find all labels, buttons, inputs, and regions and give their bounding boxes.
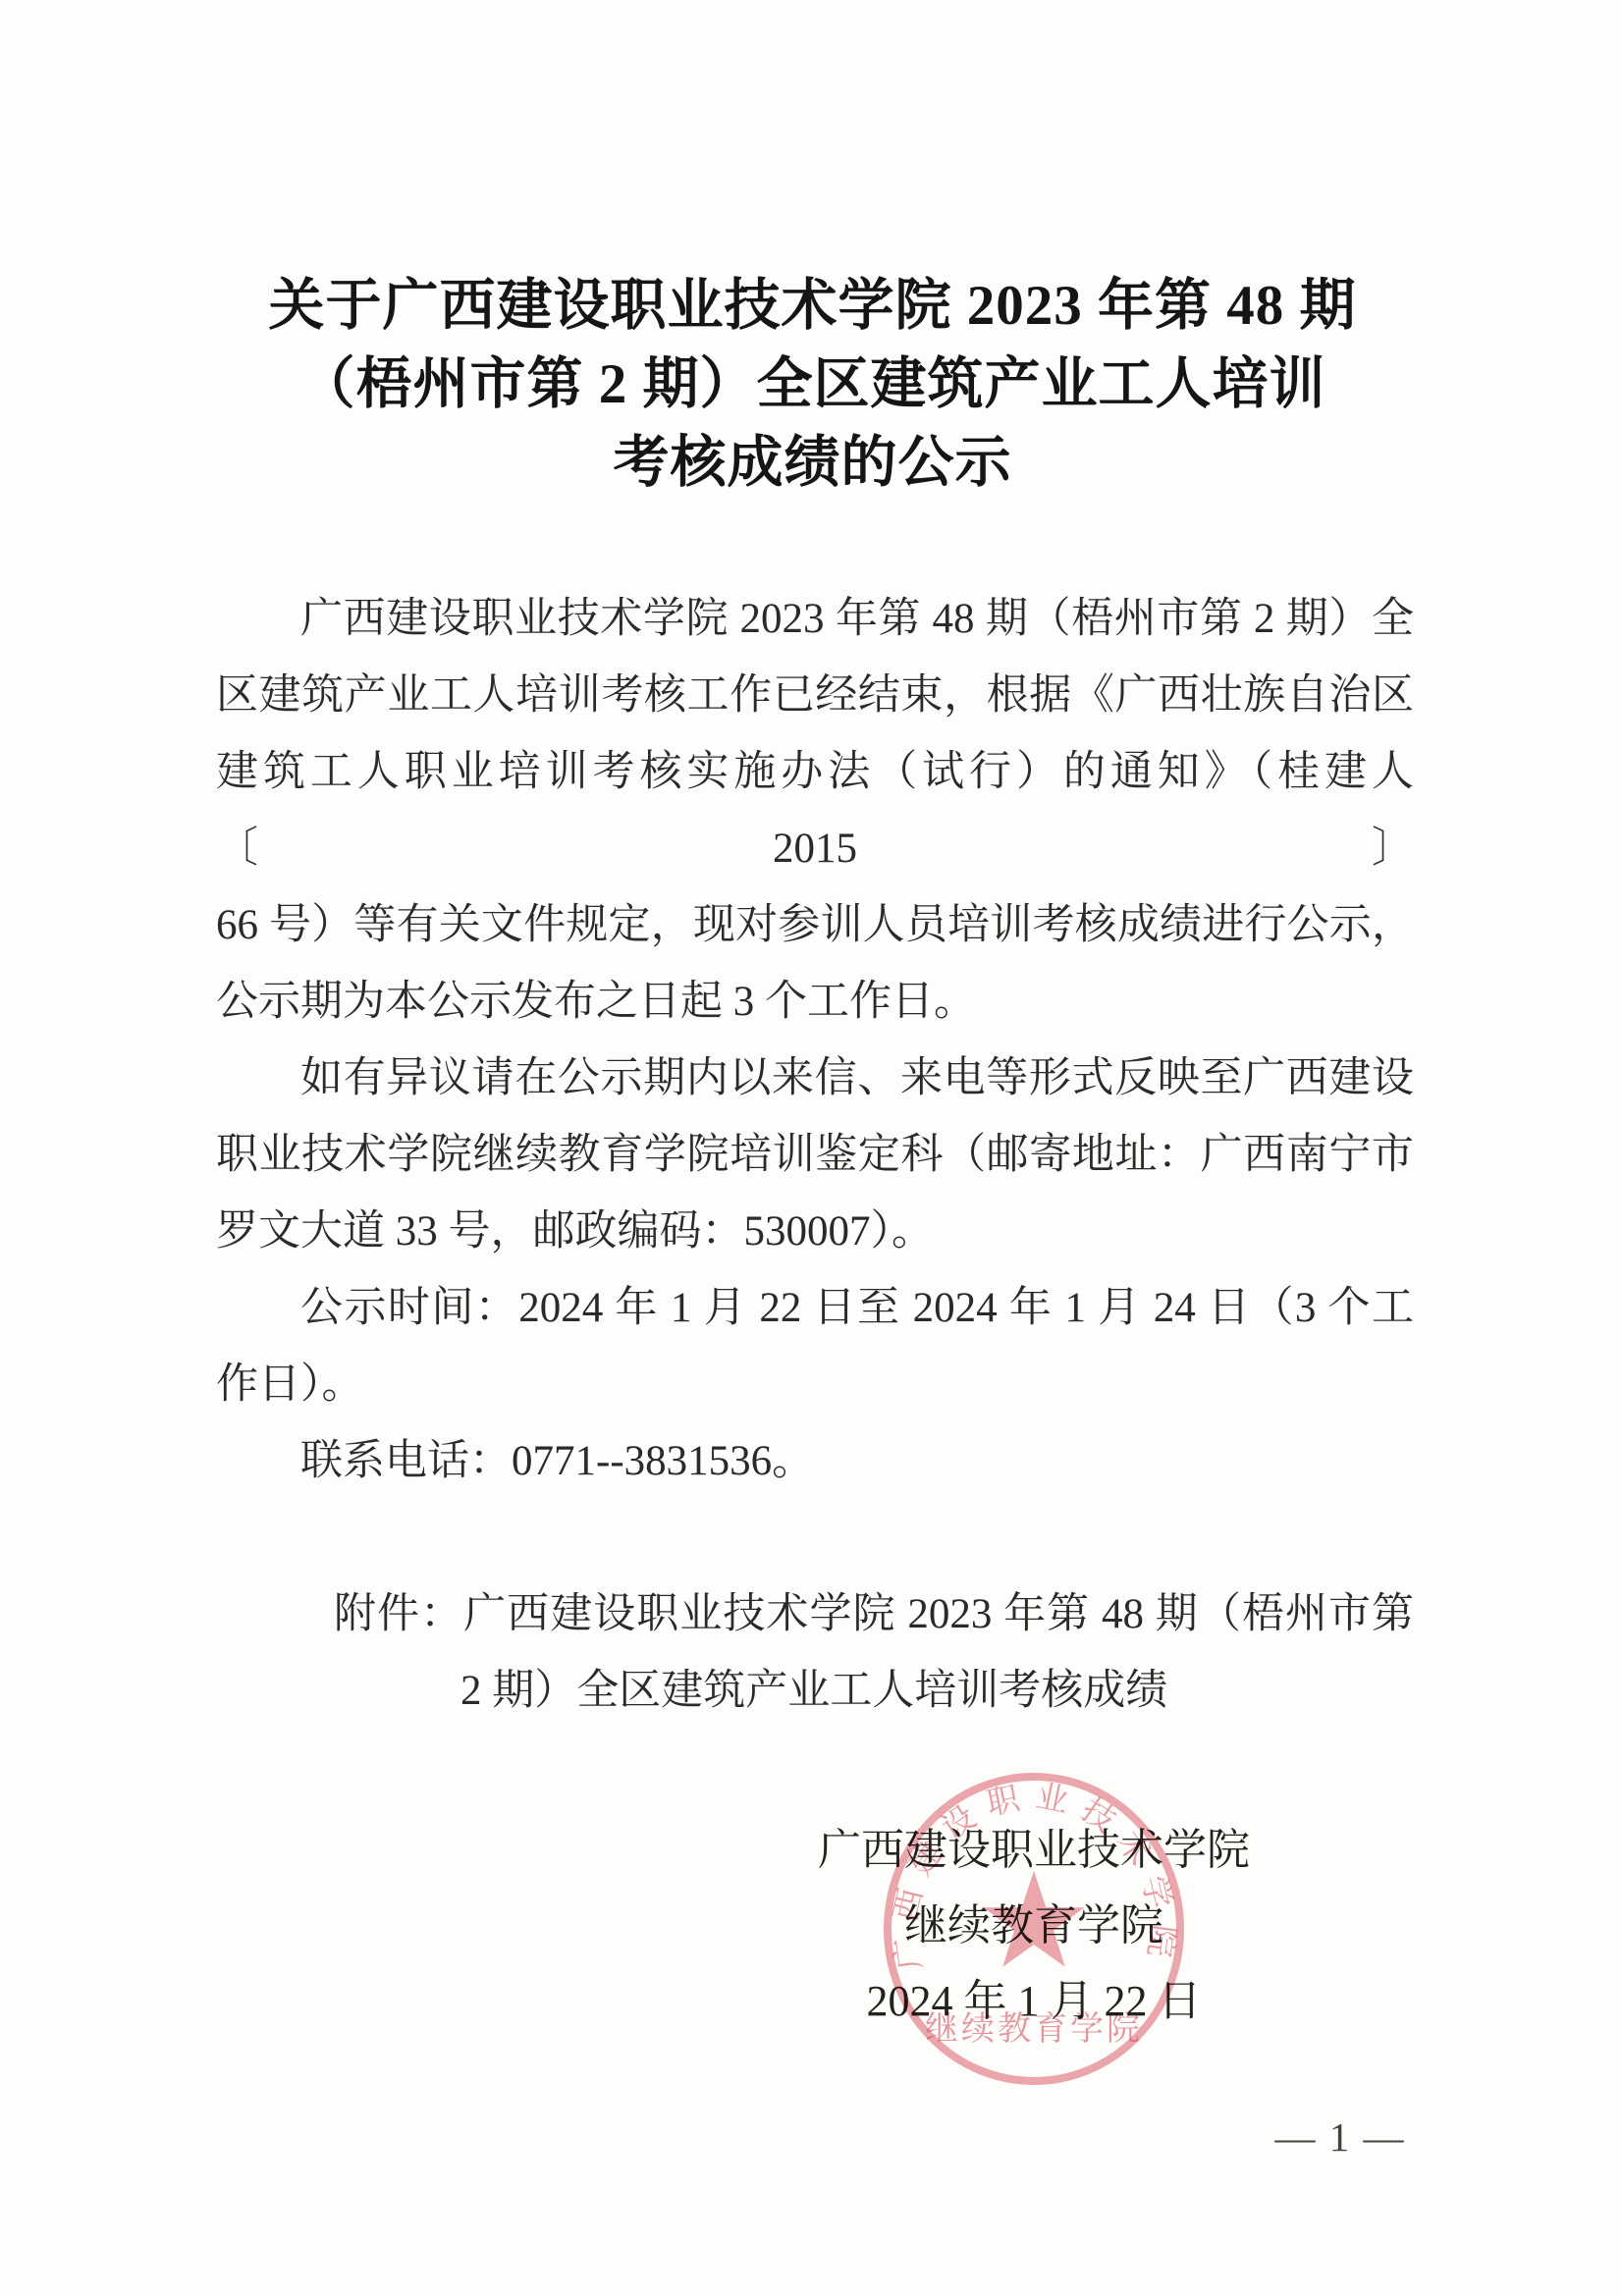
signature-date: 2024 年 1 月 22 日 — [805, 1963, 1263, 2039]
paragraph-1-line: 建筑工人职业培训考核实施办法（试行）的通知》（桂建人〔2015〕 — [216, 734, 1414, 887]
document-body: 广西建设职业技术学院 2023 年第 48 期（梧州市第 2 期）全 区建筑产业… — [216, 581, 1414, 1730]
paragraph-1-line: 广西建设职业技术学院 2023 年第 48 期（梧州市第 2 期）全 — [216, 581, 1414, 658]
paragraph-1-line: 公示期为本公示发布之日起 3 个工作日。 — [216, 964, 1414, 1041]
paragraph-1-line: 66 号）等有关文件规定，现对参训人员培训考核成绩进行公示， — [216, 887, 1414, 964]
signature-block: 广西建设职业技术学院 继续教育学院 2024 年 1 月 22 日 — [805, 1812, 1263, 2039]
document-page: 关于广西建设职业技术学院 2023 年第 48 期 （梧州市第 2 期）全区建筑… — [0, 0, 1622, 2296]
attachment-line-2: 2 期）全区建筑产业工人培训考核成绩 — [216, 1653, 1414, 1730]
signature-org-line-2: 继续教育学院 — [805, 1888, 1263, 1963]
title-line-3: 考核成绩的公示 — [216, 424, 1409, 503]
paragraph-3-line: 作日）。 — [216, 1347, 1414, 1423]
attachment-line-1: 附件：广西建设职业技术学院 2023 年第 48 期（梧州市第 — [216, 1576, 1414, 1653]
paragraph-1-line: 区建筑产业工人培训考核工作已经结束，根据《广西壮族自治区 — [216, 658, 1414, 734]
page-number: — 1 — — [1257, 2112, 1424, 2162]
blank-line — [216, 1500, 1414, 1576]
paragraph-2-line: 职业技术学院继续教育学院培训鉴定科（邮寄地址：广西南宁市 — [216, 1117, 1414, 1194]
signature-org-line-1: 广西建设职业技术学院 — [805, 1812, 1263, 1888]
paragraph-3-line: 公示时间：2024 年 1 月 22 日至 2024 年 1 月 24 日（3 … — [216, 1270, 1414, 1347]
title-line-1: 关于广西建设职业技术学院 2023 年第 48 期 — [216, 267, 1409, 346]
contact-phone-line: 联系电话：0771--3831536。 — [216, 1423, 1414, 1500]
paragraph-2-line: 罗文大道 33 号，邮政编码：530007）。 — [216, 1194, 1414, 1270]
title-line-2: （梧州市第 2 期）全区建筑产业工人培训 — [216, 346, 1409, 424]
document-title: 关于广西建设职业技术学院 2023 年第 48 期 （梧州市第 2 期）全区建筑… — [216, 267, 1409, 503]
paragraph-2-line: 如有异议请在公示期内以来信、来电等形式反映至广西建设 — [216, 1041, 1414, 1117]
